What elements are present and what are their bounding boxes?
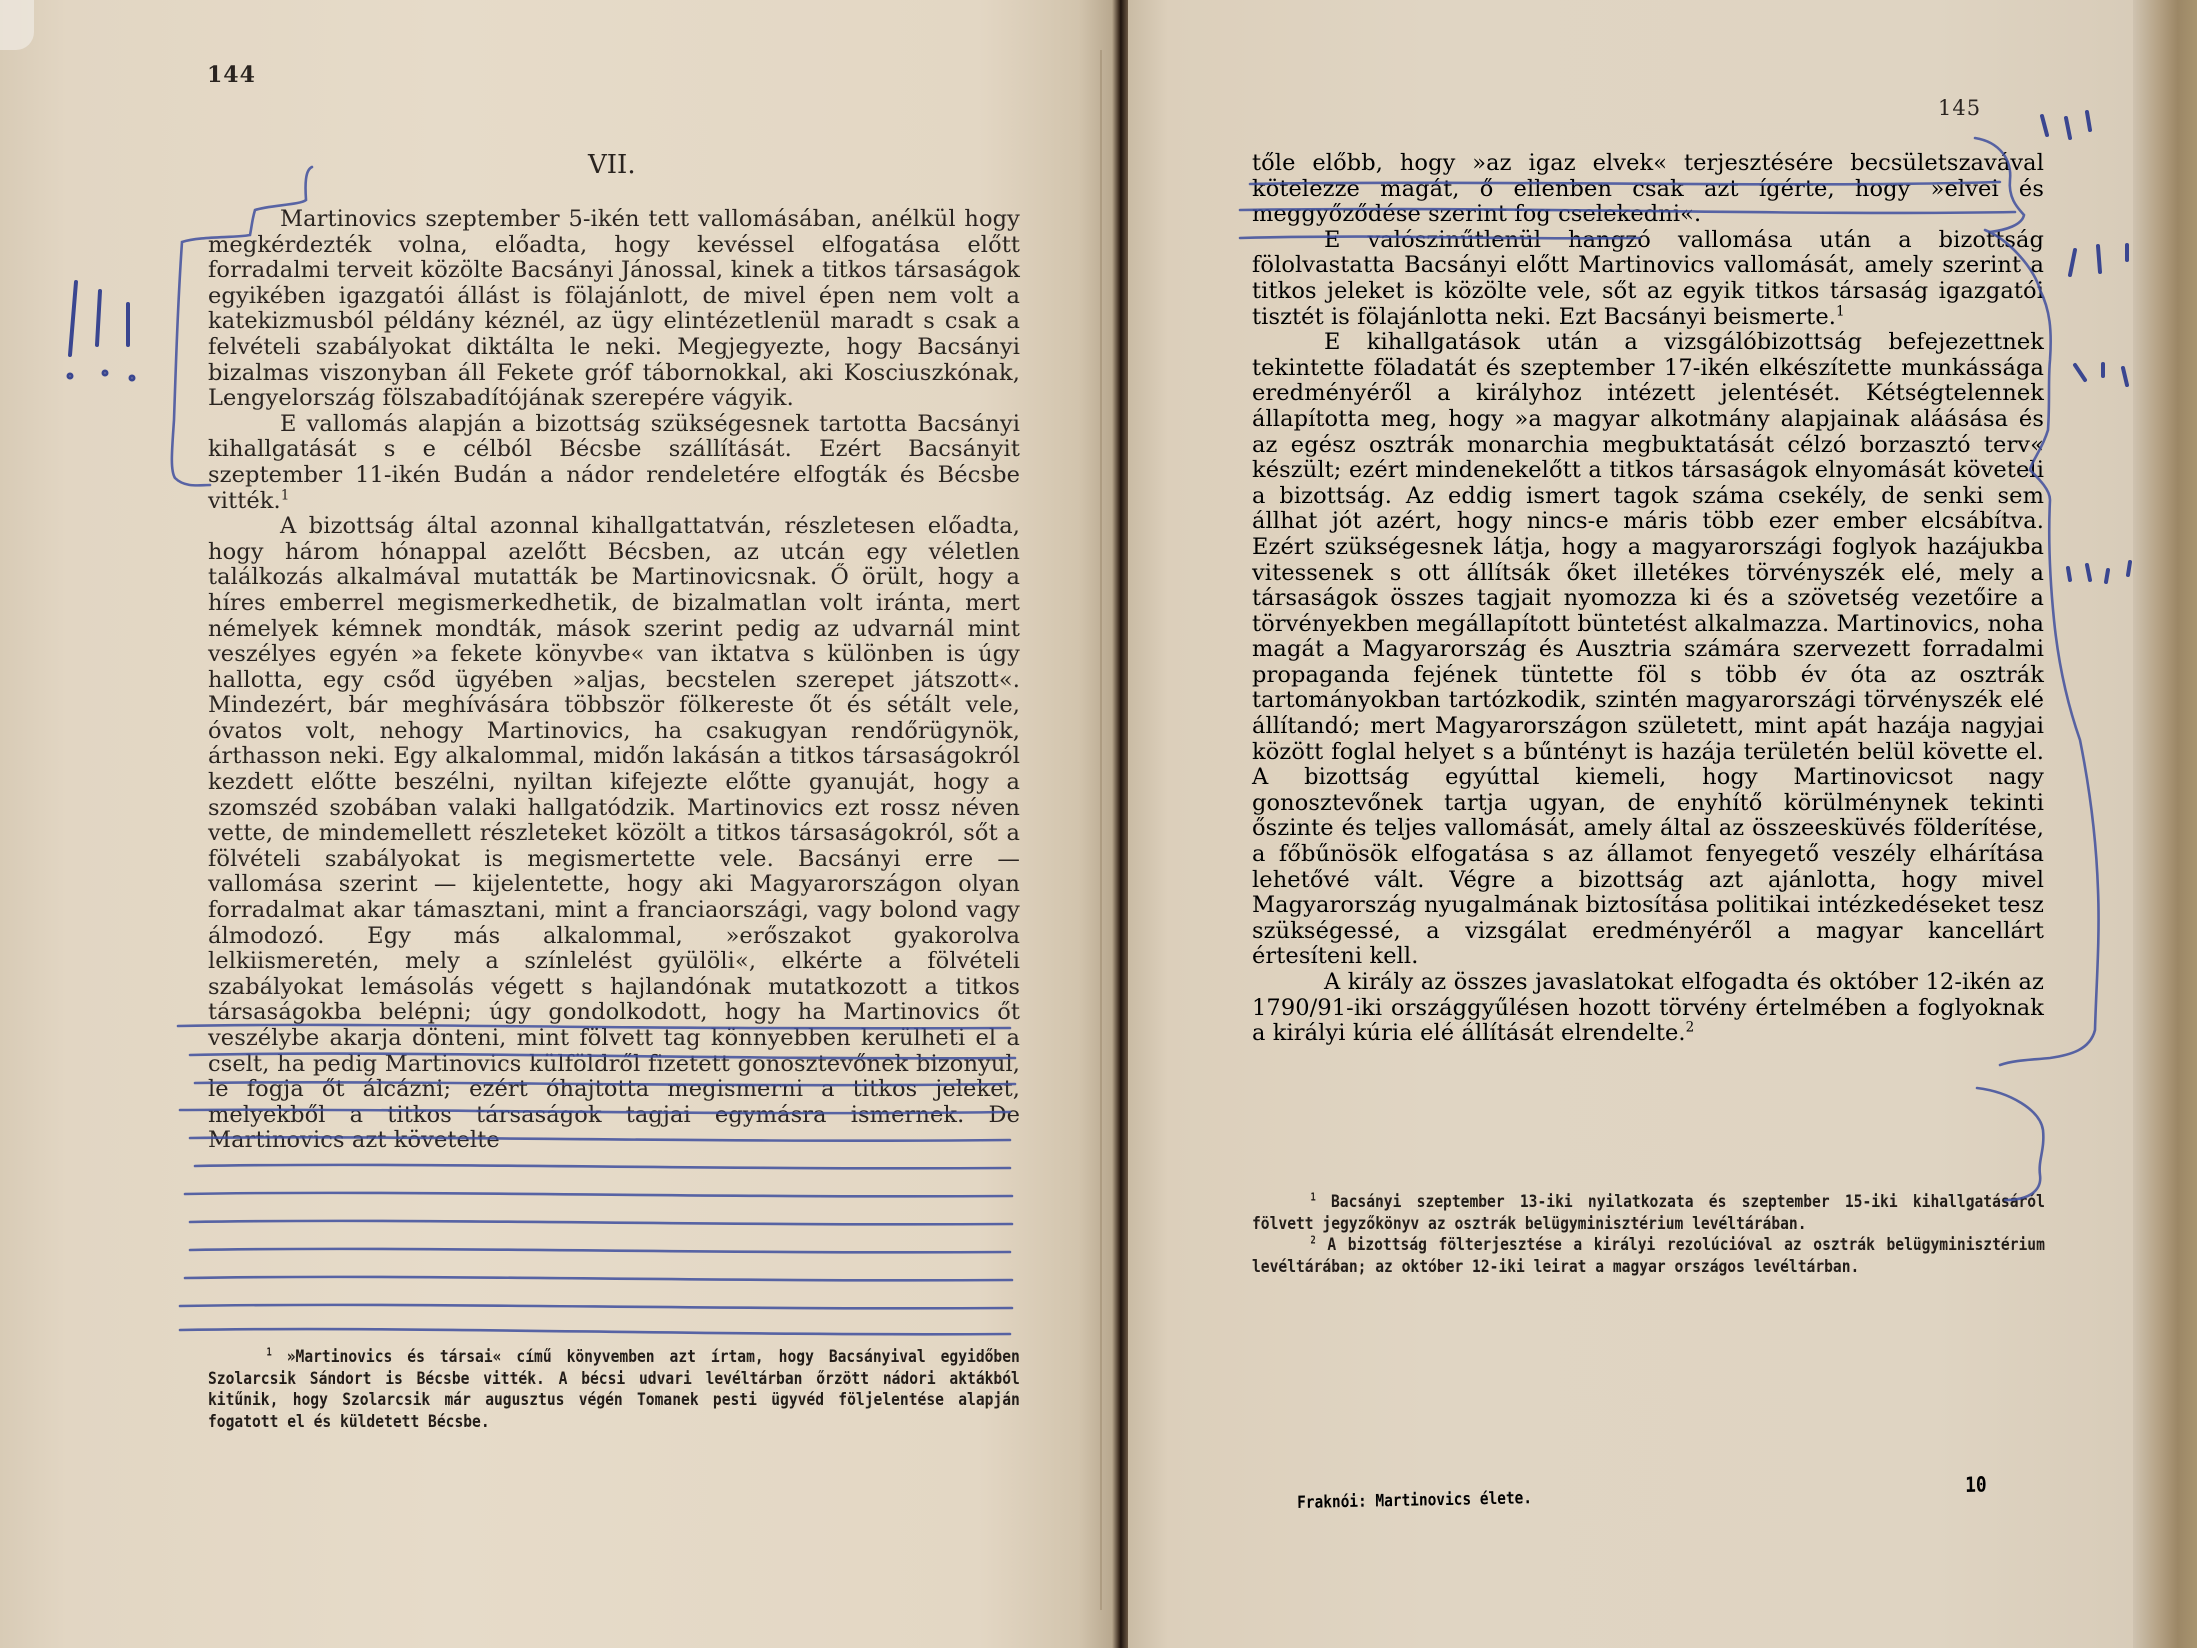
footnote: 1 »Martinovics és társai« című könyvembe… xyxy=(208,1347,1020,1433)
footnote-marker: 1 xyxy=(1310,1192,1315,1203)
paragraph: E valószinűtlenül hangzó vallomása után … xyxy=(1252,228,2044,330)
chapter-heading: VII. xyxy=(588,150,636,180)
paragraph-text: E valószinűtlenül hangzó vallomása után … xyxy=(1252,227,2044,330)
signature-number: 10 xyxy=(1965,1473,1987,1497)
footnote-ref: 1 xyxy=(281,487,290,503)
paragraph: E vallomás alapján a bizottság szükséges… xyxy=(208,412,1020,514)
open-book-spread: 144 VII. Martinovics szeptember 5-ikén t… xyxy=(0,0,2197,1648)
footnote-text: Bacsányi szeptember 13-iki nyilatkozata … xyxy=(1252,1192,2045,1234)
footnote-text: A bizottság fölterjesztése a királyi rez… xyxy=(1252,1235,2045,1277)
footnote-ref: 1 xyxy=(1836,303,1845,319)
paragraph: A király az összes javaslatokat elfogadt… xyxy=(1252,970,2044,1047)
page-fore-edge xyxy=(2133,0,2197,1648)
paragraph: A bizottság által azonnal kihallgattatvá… xyxy=(208,514,1020,1154)
right-page-body: tőle előbb, hogy »az igaz elvek« terjesz… xyxy=(1252,151,2044,1047)
paragraph-text: A király az összes javaslatokat elfogadt… xyxy=(1252,969,2044,1046)
page-number: 145 xyxy=(1938,96,1981,120)
page-crease xyxy=(1100,50,1102,1610)
footnote: 1 Bacsányi szeptember 13-iki nyilatkozat… xyxy=(1252,1192,2045,1235)
footnote: 2 A bizottság fölterjesztése a királyi r… xyxy=(1252,1235,2045,1278)
torn-corner xyxy=(0,0,34,50)
page-number: 144 xyxy=(207,62,256,88)
paragraph-text: E vallomás alapján a bizottság szükséges… xyxy=(208,411,1020,514)
paragraph: tőle előbb, hogy »az igaz elvek« terjesz… xyxy=(1252,151,2044,228)
footnote-text: »Martinovics és társai« című könyvemben … xyxy=(208,1347,1020,1432)
left-page: 144 VII. Martinovics szeptember 5-ikén t… xyxy=(0,0,1112,1648)
footnotes: 1 »Martinovics és társai« című könyvembe… xyxy=(208,1347,1020,1433)
footnote-marker: 2 xyxy=(1310,1235,1315,1246)
book-gutter xyxy=(1112,0,1128,1648)
paragraph: Martinovics szeptember 5-ikén tett vallo… xyxy=(208,207,1020,412)
footnote-ref: 2 xyxy=(1686,1020,1695,1036)
left-page-body: Martinovics szeptember 5-ikén tett vallo… xyxy=(208,207,1020,1154)
footnote-marker: 1 xyxy=(266,1347,271,1358)
paragraph: E kihallgatások után a vizsgálóbizottság… xyxy=(1252,330,2044,970)
footnotes: 1 Bacsányi szeptember 13-iki nyilatkozat… xyxy=(1252,1192,2045,1278)
